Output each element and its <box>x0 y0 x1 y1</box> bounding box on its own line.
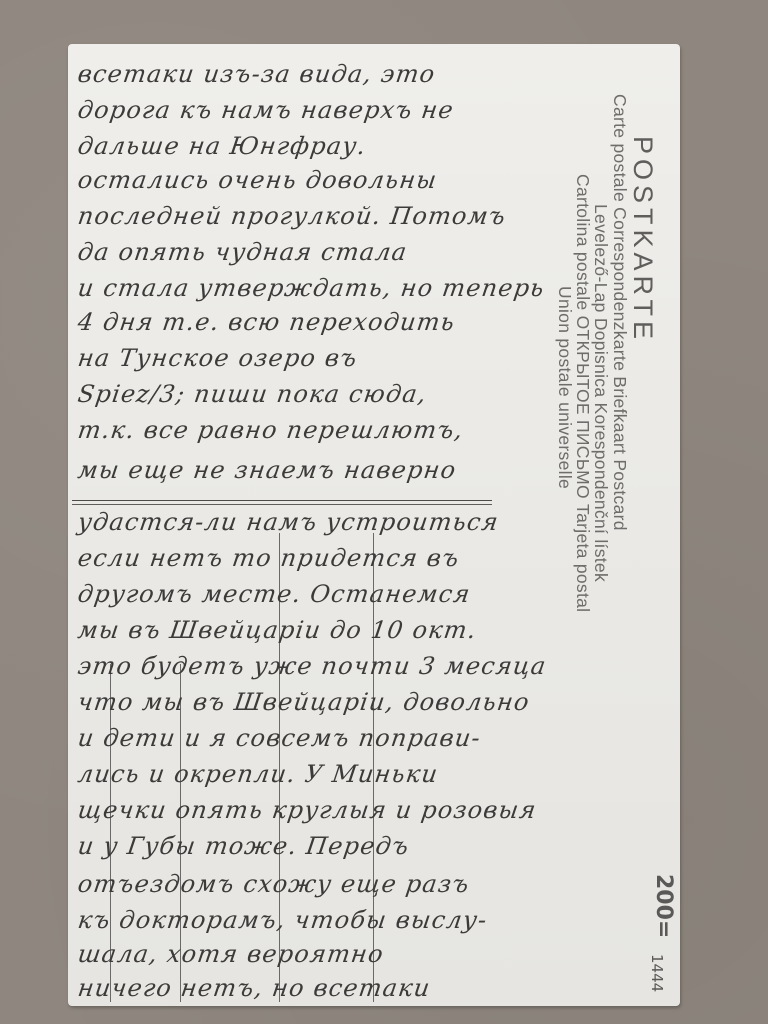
handwritten-line: т.к. все равно перешлютъ, <box>76 416 465 444</box>
postcard: POSTKARTE Carte postale Correspondenzkar… <box>68 44 680 1006</box>
handwritten-line: это будетъ уже почти 3 месяца <box>76 652 548 680</box>
printed-multilingual-line-2: Levelező-Lap Dopisnica Korespondenční lí… <box>590 204 611 582</box>
handwritten-line: да опять чудная стала <box>76 238 409 266</box>
handwritten-line: что мы въ Швейцаріи, довольно <box>76 688 532 716</box>
handwritten-line: щечки опять круглыя и розовыя <box>76 796 538 824</box>
pencil-price-note: 200= <box>651 874 676 938</box>
handwritten-line: если нетъ то придется въ <box>76 544 461 572</box>
handwritten-line: остались очень довольны <box>76 166 439 194</box>
handwritten-line: последней прогулкой. Потомъ <box>76 202 508 230</box>
handwritten-line: мы еще не знаемъ наверно <box>76 456 458 484</box>
handwritten-line: ничего нетъ, но всетаки <box>76 974 433 1002</box>
handwritten-line: на Тунское озеро въ <box>76 344 359 372</box>
handwritten-line: и у Губы тоже. Передъ <box>76 832 411 860</box>
handwritten-line: къ докторамъ, чтобы выслу- <box>76 906 489 934</box>
handwritten-line: и стала утверждать, но теперь <box>76 274 547 302</box>
handwritten-line: шала, хотя вероятно <box>76 940 386 968</box>
printed-multilingual-line-3: Cartolina postale ОТКРЫТОЕ ПИСЬМО Tarjet… <box>572 174 593 612</box>
handwritten-line: удастся-ли намъ устроиться <box>76 508 501 536</box>
postkarte-title: POSTKARTE <box>627 136 658 344</box>
handwritten-line: Spiez/3; пиши пока сюда, <box>76 380 429 408</box>
handwritten-line: всетаки изъ-за вида, это <box>76 60 437 88</box>
printed-multilingual-line-4: Union postale universelle <box>554 286 575 489</box>
handwritten-line: и дети и я совсемъ поправи- <box>76 724 483 752</box>
divider-rule <box>72 500 492 505</box>
handwritten-line: дорога къ намъ наверхъ не <box>76 96 456 124</box>
handwritten-line: другомъ месте. Останемся <box>76 580 473 608</box>
handwritten-line: отъездомъ схожу еще разъ <box>76 870 471 898</box>
handwritten-line: 4 дня т.е. всю переходить <box>76 308 457 336</box>
pencil-catalog-number: 1444 <box>648 954 666 992</box>
handwritten-line: мы въ Швейцаріи до 10 окт. <box>76 616 479 644</box>
handwritten-line: дальше на Юнгфрау. <box>76 132 368 160</box>
handwritten-line: лись и окрепли. У Миньки <box>76 760 440 788</box>
printed-multilingual-line-1: Carte postale Correspondenzkarte Briefka… <box>609 94 630 531</box>
